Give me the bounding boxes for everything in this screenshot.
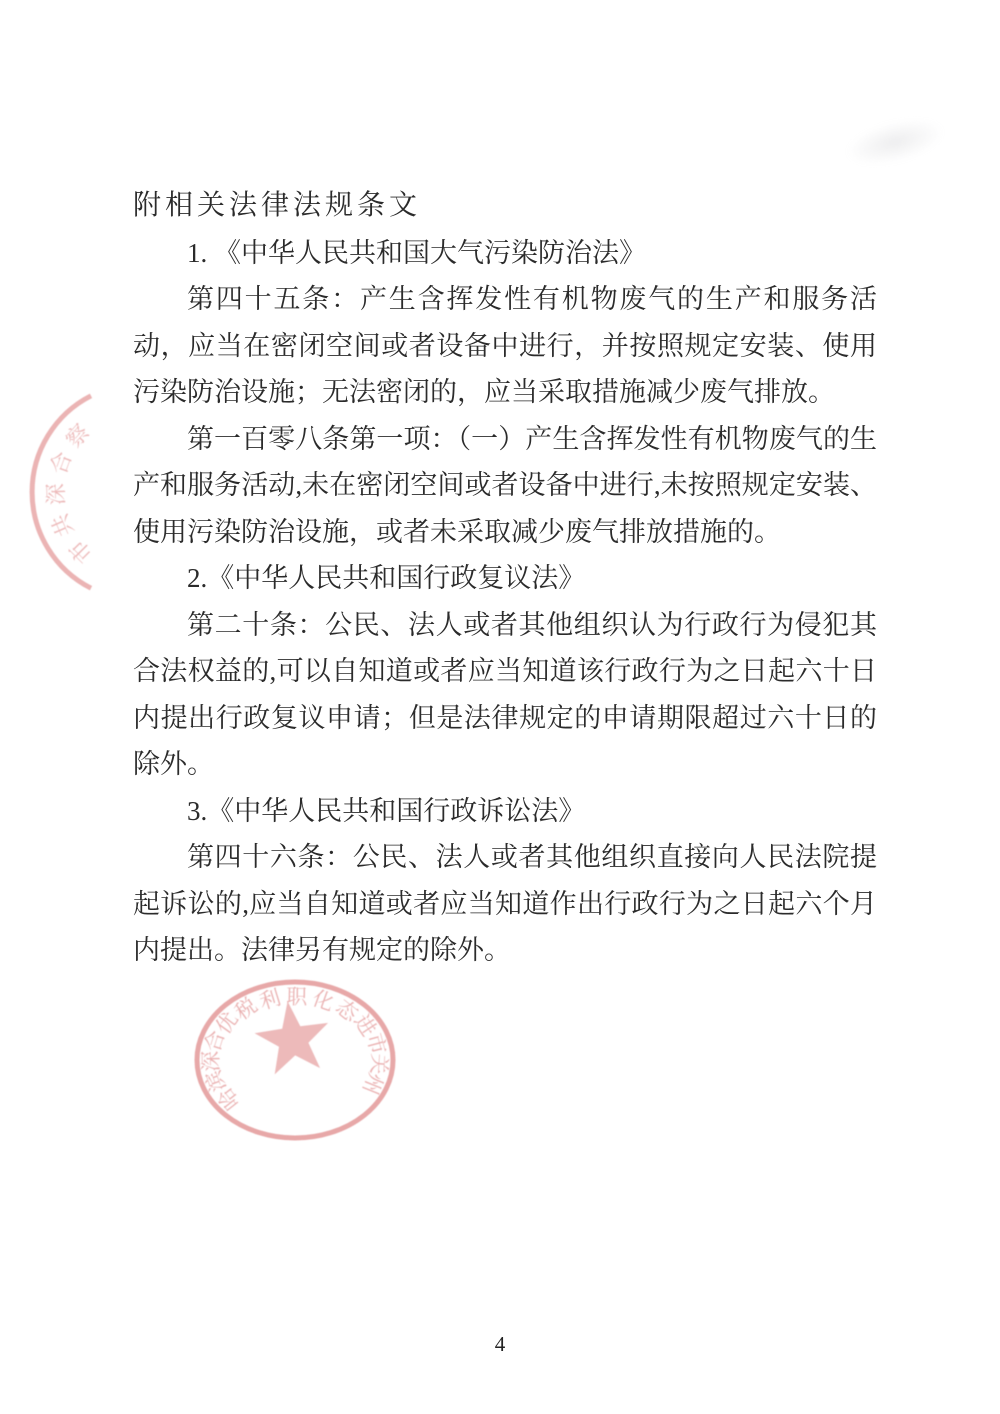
- document-body: 附相关法律法规条文 1. 《中华人民共和国大气污染防治法》 第四十五条：产生含挥…: [133, 183, 877, 974]
- law-3-title: 3.《中华人民共和国行政诉讼法》: [133, 788, 877, 835]
- svg-text:合: 合: [46, 448, 77, 477]
- official-red-seal: 哈滨深合优税利职化态进市关州: [182, 968, 412, 1158]
- law-2-title: 2.《中华人民共和国行政复议法》: [133, 555, 877, 602]
- law-2-article-20: 第二十条：公民、法人或者其他组织认为行政行为侵犯其合法权益的,可以自知道或者应当…: [133, 602, 877, 788]
- svg-text:关: 关: [366, 1053, 391, 1075]
- svg-text:滨: 滨: [201, 1067, 231, 1095]
- official-red-seal-partial-left-edge: 察合深共市: [0, 388, 130, 606]
- paper-background: 附相关法律法规条文 1. 《中华人民共和国大气污染防治法》 第四十五条：产生含挥…: [0, 0, 1000, 1414]
- law-1-article-45: 第四十五条：产生含挥发性有机物废气的生产和服务活动，应当在密闭空间或者设备中进行…: [133, 276, 877, 416]
- document-title: 附相关法律法规条文: [133, 183, 877, 230]
- law-1-article-108: 第一百零八条第一项：（一）产生含挥发性有机物废气的生产和服务活动,未在密闭空间或…: [133, 416, 877, 556]
- svg-text:合: 合: [200, 1028, 229, 1055]
- svg-text:市: 市: [64, 535, 97, 568]
- svg-text:职: 职: [286, 985, 308, 1009]
- svg-text:察: 察: [61, 419, 94, 452]
- svg-text:深: 深: [199, 1050, 223, 1071]
- svg-text:税: 税: [230, 993, 261, 1025]
- svg-text:态: 态: [331, 995, 363, 1027]
- svg-text:深: 深: [43, 483, 69, 506]
- page-number: 4: [0, 1332, 1000, 1357]
- svg-text:共: 共: [47, 510, 79, 540]
- law-1-title: 1. 《中华人民共和国大气污染防治法》: [133, 230, 877, 277]
- svg-text:州: 州: [358, 1069, 388, 1097]
- svg-text:优: 优: [211, 1008, 243, 1039]
- svg-text:利: 利: [257, 985, 284, 1014]
- scan-smudge-artifact: [842, 110, 949, 173]
- law-3-article-46: 第四十六条：公民、法人或者其他组织直接向人民法院提起诉讼的,应当自知道或者应当知…: [133, 834, 877, 974]
- svg-text:市: 市: [362, 1031, 391, 1057]
- scanned-document-page: { "page": { "number": "4", "background_c…: [0, 0, 1000, 1414]
- svg-text:化: 化: [309, 986, 337, 1016]
- svg-text:进: 进: [349, 1010, 381, 1041]
- svg-text:哈: 哈: [213, 1083, 245, 1114]
